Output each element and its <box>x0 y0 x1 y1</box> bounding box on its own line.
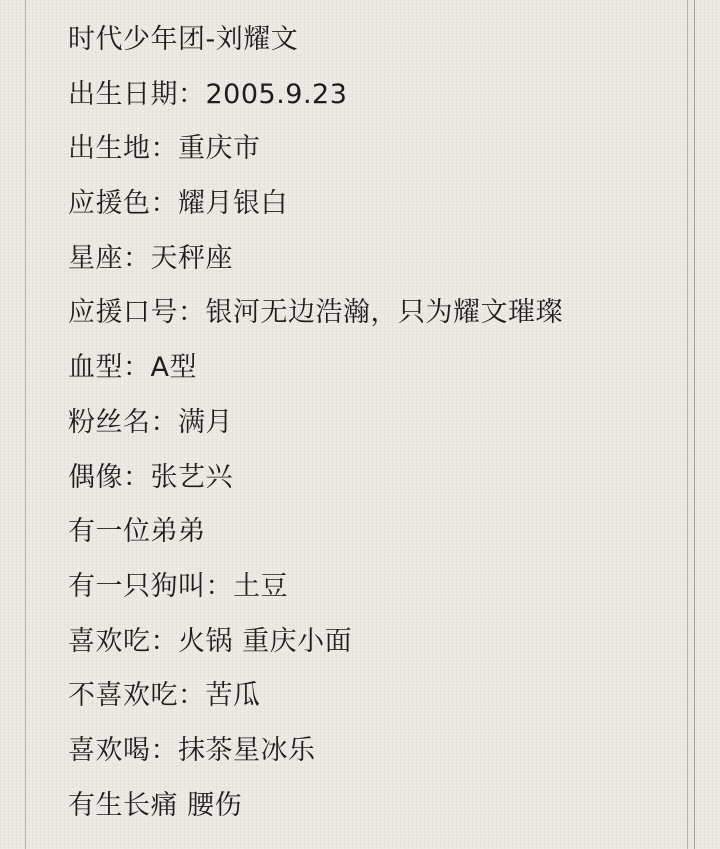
profile-title: 时代少年团-刘耀文 <box>68 18 563 73</box>
favorite-drink-line: 喜欢喝：抹茶星冰乐 <box>68 729 563 784</box>
disliked-food-line: 不喜欢吃：苦瓜 <box>68 674 563 729</box>
fandom-name-line: 粉丝名：满月 <box>68 401 563 456</box>
slogan-line: 应援口号：银河无边浩瀚，只为耀文璀璨 <box>68 291 563 346</box>
zodiac-line: 星座：天秤座 <box>68 237 563 292</box>
right-margin-rule-outer <box>694 0 695 849</box>
right-margin-rule-inner <box>687 0 688 849</box>
idol-line: 偶像：张艺兴 <box>68 456 563 511</box>
health-line: 有生长痛 腰伤 <box>68 784 563 839</box>
blood-type-line: 血型：A型 <box>68 346 563 401</box>
favorite-food-line: 喜欢吃：火锅 重庆小面 <box>68 620 563 675</box>
pet-line: 有一只狗叫：土豆 <box>68 565 563 620</box>
left-margin-rule <box>25 0 26 849</box>
profile-text-list: 时代少年团-刘耀文 出生日期：2005.9.23 出生地：重庆市 应援色：耀月银… <box>68 18 563 838</box>
birthplace-line: 出生地：重庆市 <box>68 127 563 182</box>
birth-date-line: 出生日期：2005.9.23 <box>68 73 563 128</box>
support-color-line: 应援色：耀月银白 <box>68 182 563 237</box>
sibling-line: 有一位弟弟 <box>68 510 563 565</box>
